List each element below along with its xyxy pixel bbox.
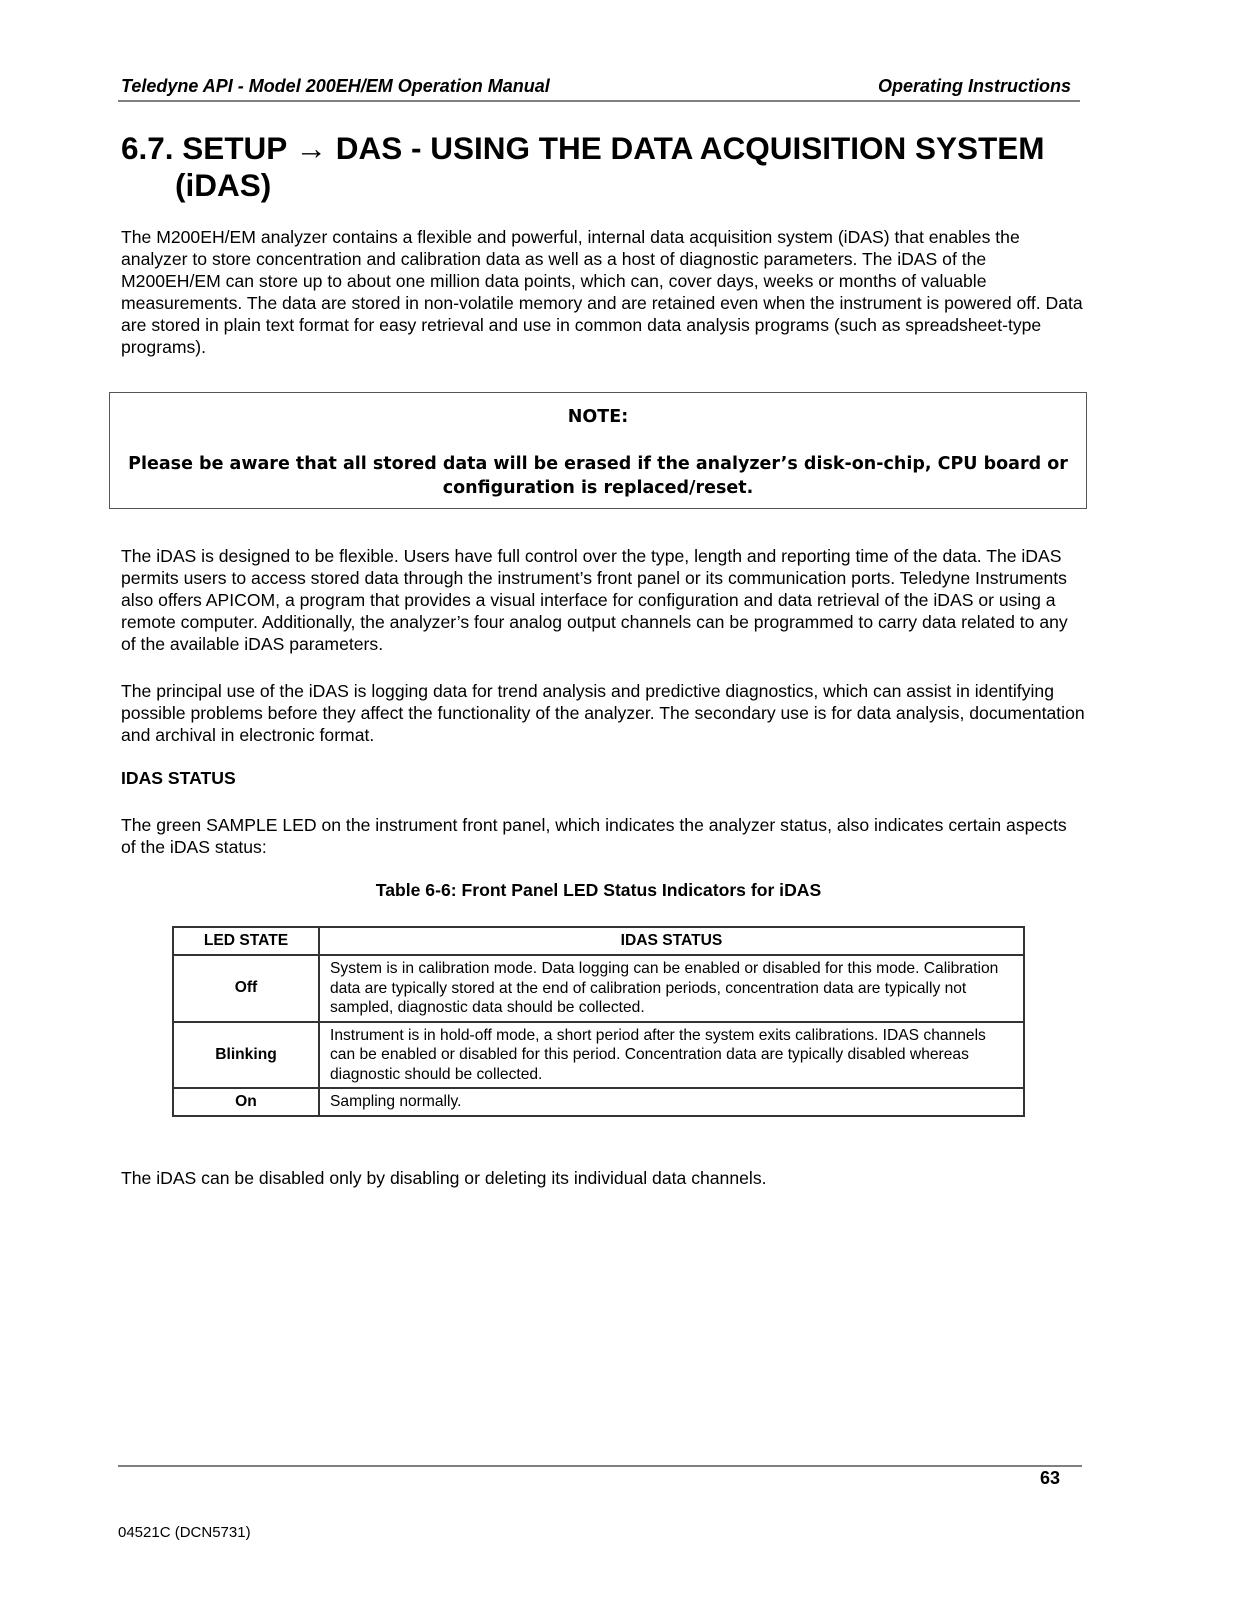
header-divider — [118, 100, 1080, 102]
intro-paragraph: The M200EH/EM analyzer contains a flexib… — [121, 226, 1086, 358]
section-title-line1: 6.7. SETUP → DAS - USING THE DATA ACQUIS… — [121, 130, 1045, 166]
note-box: NOTE: Please be aware that all stored da… — [109, 392, 1087, 509]
led-state-cell: Blinking — [173, 1022, 319, 1089]
running-header-section: Operating Instructions — [878, 76, 1071, 97]
section-title: 6.7. SETUP → DAS - USING THE DATA ACQUIS… — [121, 130, 1101, 204]
document-id: 04521C (DCN5731) — [118, 1524, 251, 1541]
led-status-table: LED STATE IDAS STATUS Off System is in c… — [172, 926, 1025, 1117]
running-header-title: Teledyne API - Model 200EH/EM Operation … — [121, 76, 550, 97]
idas-status-cell: Instrument is in hold-off mode, a short … — [319, 1022, 1024, 1089]
table-caption: Table 6-6: Front Panel LED Status Indica… — [0, 880, 1197, 901]
sample-led-paragraph: The green SAMPLE LED on the instrument f… — [121, 814, 1086, 858]
note-title: NOTE: — [110, 407, 1086, 427]
idas-status-cell: System is in calibration mode. Data logg… — [319, 955, 1024, 1022]
idas-status-cell: Sampling normally. — [319, 1088, 1024, 1116]
table-row: Blinking Instrument is in hold-off mode,… — [173, 1022, 1024, 1089]
led-state-cell: Off — [173, 955, 319, 1022]
note-body: Please be aware that all stored data wil… — [128, 452, 1068, 500]
led-state-cell: On — [173, 1088, 319, 1116]
flexibility-paragraph: The iDAS is designed to be flexible. Use… — [121, 545, 1086, 655]
column-header-led-state: LED STATE — [173, 927, 319, 955]
principal-use-paragraph: The principal use of the iDAS is logging… — [121, 680, 1086, 746]
section-title-line2: (iDAS) — [121, 167, 1101, 204]
idas-status-heading: IDAS STATUS — [121, 768, 236, 789]
footer-divider — [118, 1465, 1082, 1467]
disable-paragraph: The iDAS can be disabled only by disabli… — [121, 1167, 1086, 1189]
table-header-row: LED STATE IDAS STATUS — [173, 927, 1024, 955]
page-number: 63 — [1040, 1468, 1060, 1489]
table-row: Off System is in calibration mode. Data … — [173, 955, 1024, 1022]
table-row: On Sampling normally. — [173, 1088, 1024, 1116]
column-header-idas-status: IDAS STATUS — [319, 927, 1024, 955]
